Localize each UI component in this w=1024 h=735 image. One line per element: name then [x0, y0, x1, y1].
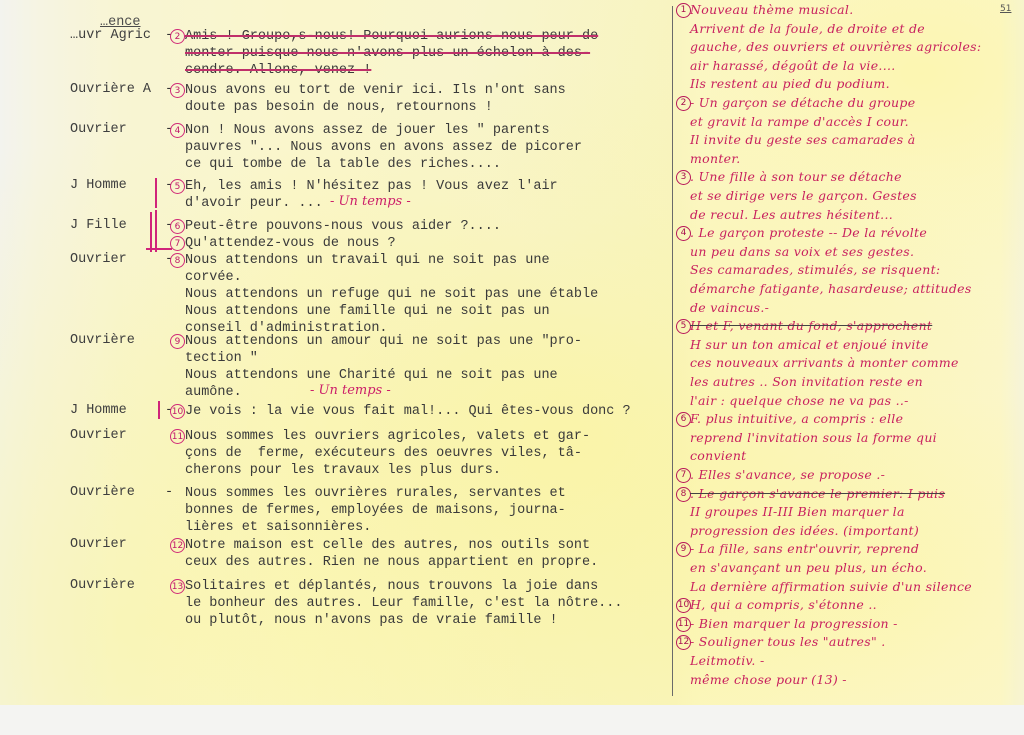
handwritten-note-line: F. plus intuitive, a compris : elle — [690, 411, 903, 426]
speaker-name: Ouvrier — [70, 428, 170, 443]
pen-margin-mark — [150, 212, 152, 252]
dialogue-line: monter puisque nous n'avons plus un éche… — [185, 45, 590, 62]
handwritten-note-line: démarche fatigante, hasardeuse; attitude… — [690, 281, 972, 296]
handwritten-note-line: Nouveau thème musical. — [690, 2, 854, 17]
handwritten-note-line: La dernière affirmation suivie d'un sile… — [690, 579, 972, 594]
pen-margin-mark — [155, 178, 157, 208]
note-number-circle: 5 — [676, 319, 691, 334]
handwritten-note-line: H sur un ton amical et enjoué invite — [690, 337, 929, 352]
speaker-name: Ouvrier — [70, 122, 170, 137]
dialogue-line: ceux des autres. Rien ne nous appartient… — [185, 554, 598, 571]
handwritten-note-line: - Souligner tous les "autres" . — [690, 634, 886, 649]
note-number-circle: 9 — [676, 542, 691, 557]
dialogue-line: ou plutôt, nous n'avons pas de vraie fam… — [185, 612, 558, 629]
dialogue-line: Solitaires et déplantés, nous trouvons l… — [185, 578, 598, 595]
dialogue-line: le bonheur des autres. Leur famille, c'e… — [185, 595, 622, 612]
speaker-name: Ouvrière — [70, 333, 170, 348]
cue-number-circle: 2 — [170, 29, 185, 44]
cue-number-circle: 7 — [170, 236, 185, 251]
note-number-circle: 10 — [676, 598, 691, 613]
dialogue-line: Nous attendons une famille qui ne soit p… — [185, 303, 550, 320]
cue-number-circle: 5 — [170, 179, 185, 194]
cue-number-circle: 6 — [170, 219, 185, 234]
pen-margin-mark — [146, 248, 172, 250]
scan-border — [0, 705, 1024, 735]
note-number-circle: 4 — [676, 226, 691, 241]
dialogue-line: Non ! Nous avons assez de jouer les " pa… — [185, 122, 550, 139]
column-divider — [672, 6, 673, 696]
handwritten-note-line: - Un garçon se détache du groupe — [690, 95, 915, 110]
dialogue-line: cendre. Allons, venez ! — [185, 62, 371, 79]
dialogue-line: lières et saisonnières. — [185, 519, 371, 536]
speaker-name: Ouvrier — [70, 252, 170, 267]
handwritten-note-line: . Une fille à son tour se détache — [690, 169, 902, 184]
note-number-circle: 6 — [676, 412, 691, 427]
dialogue-line: Notre maison est celle des autres, nos o… — [185, 537, 590, 554]
handwritten-notes: 1Nouveau thème musical.Arrivent de la fo… — [676, 0, 1020, 700]
handwritten-note-line: Il invite du geste ses camarades à — [690, 132, 915, 147]
cue-number-circle: 11 — [170, 429, 185, 444]
dialogue-line: Amis ! Groupo,s-nous! Pourquoi aurions-n… — [185, 28, 598, 45]
note-number-circle: 2 — [676, 96, 691, 111]
speaker-name: …uvr Agric — [70, 28, 170, 43]
handwritten-note-line: - La fille, sans entr'ouvrir, reprend — [690, 541, 919, 556]
handwritten-note-line: air harassé, dégoût de la vie.... — [690, 58, 896, 73]
note-number-circle: 7 — [676, 468, 691, 483]
dialogue-line: ce qui tombe de la table des riches.... — [185, 156, 501, 173]
handwritten-note-line: ces nouveaux arrivants à monter comme — [690, 355, 959, 370]
note-number-circle: 12 — [676, 635, 691, 650]
handwritten-note-line: un peu dans sa voix et ses gestes. — [690, 244, 914, 259]
handwritten-stage-direction: - Un temps - — [310, 383, 391, 398]
handwritten-note-line: de recul. Les autres hésitent... — [690, 207, 893, 222]
cue-number-circle: 13 — [170, 579, 185, 594]
dialogue-line: tection " — [185, 350, 258, 367]
handwritten-note-line: Ses camarades, stimulés, se risquent: — [690, 262, 940, 277]
handwritten-note-line: même chose pour (13) - — [690, 672, 847, 687]
handwritten-stage-direction: - Un temps - — [330, 194, 411, 209]
cue-number-circle: 9 — [170, 334, 185, 349]
dialogue-line: Nous attendons une Charité qui ne soit p… — [185, 367, 558, 384]
handwritten-note-line: - Bien marquer la progression - — [690, 616, 898, 631]
dialogue-line: Nous sommes les ouvriers agricoles, vale… — [185, 428, 590, 445]
handwritten-note-line: de vaincus.- — [690, 300, 769, 315]
handwritten-note-line: reprend l'invitation sous la forme qui — [690, 430, 937, 445]
dialogue-line: doute pas besoin de nous, retournons ! — [185, 99, 493, 116]
cue-number-circle: 3 — [170, 83, 185, 98]
cue-number-circle: 12 — [170, 538, 185, 553]
handwritten-note-line: et gravit la rampe d'accès I cour. — [690, 114, 909, 129]
pen-margin-mark — [155, 210, 157, 252]
note-number-circle: 3 — [676, 170, 691, 185]
handwritten-note-line: H, qui a compris, s'étonne .. — [690, 597, 877, 612]
cue-number-circle: 8 — [170, 253, 185, 268]
dialogue-line: Nous avons eu tort de venir ici. Ils n'o… — [185, 82, 566, 99]
speaker-name: Ouvrière — [70, 485, 170, 500]
typed-script: …ence …uvr Agric-2Amis ! Groupo,s-nous! … — [0, 0, 672, 700]
dialogue-dash: - — [165, 485, 173, 500]
speaker-name: J Homme — [70, 403, 170, 418]
dialogue-line: Eh, les amis ! N'hésitez pas ! Vous avez… — [185, 178, 558, 195]
dialogue-line: Nous sommes les ouvrières rurales, serva… — [185, 485, 566, 502]
handwritten-note-line: monter. — [690, 151, 741, 166]
handwritten-note-line: les autres .. Son invitation reste en — [690, 374, 923, 389]
speaker-name: Ouvrier — [70, 537, 170, 552]
handwritten-note-line: H et F, venant du fond, s'approchent — [690, 318, 932, 333]
cue-number-circle: 10 — [170, 404, 185, 419]
dialogue-line: d'avoir peur. ... — [185, 195, 323, 212]
handwritten-note-line: gauche, des ouvriers et ouvrières agrico… — [690, 39, 981, 54]
handwritten-note-line: Leitmotiv. - — [690, 653, 764, 668]
handwritten-note-line: en s'avançant un peu plus, un écho. — [690, 560, 927, 575]
speaker-name: Ouvrière — [70, 578, 170, 593]
dialogue-line: Nous attendons un travail qui ne soit pa… — [185, 252, 550, 269]
handwritten-note-line: et se dirige vers le garçon. Gestes — [690, 188, 917, 203]
pen-margin-mark — [158, 401, 160, 419]
dialogue-line: bonnes de fermes, employées de maisons, … — [185, 502, 566, 519]
dialogue-line: cherons pour les travaux les plus durs. — [185, 462, 501, 479]
dialogue-line: pauvres "... Nous avons en avons assez d… — [185, 139, 582, 156]
note-number-circle: 8 — [676, 487, 691, 502]
dialogue-line: Qu'attendez-vous de nous ? — [185, 235, 396, 252]
handwritten-note-line: Ils restent au pied du podium. — [690, 76, 890, 91]
dialogue-line: aumône. — [185, 384, 242, 401]
dialogue-line: Nous attendons un amour qui ne soit pas … — [185, 333, 582, 350]
dialogue-line: Peut-être pouvons-nous vous aider ?.... — [185, 218, 501, 235]
handwritten-note-line: II groupes II-III Bien marquer la — [690, 504, 905, 519]
speaker-name: Ouvrière A — [70, 82, 170, 97]
dialogue-line: çons de ferme, exécuteurs des oeuvres vi… — [185, 445, 582, 462]
note-number-circle: 1 — [676, 3, 691, 18]
handwritten-note-line: . Elles s'avance, se propose .- — [690, 467, 885, 482]
cue-number-circle: 4 — [170, 123, 185, 138]
handwritten-note-line: . Le garçon proteste -- De la révolte — [690, 225, 927, 240]
handwritten-note-line: convient — [690, 448, 747, 463]
dialogue-line: Nous attendons un refuge qui ne soit pas… — [185, 286, 598, 303]
handwritten-note-line: l'air : quelque chose ne va pas ..- — [690, 393, 909, 408]
handwritten-note-line: progression des idées. (important) — [690, 523, 919, 538]
handwritten-note-line: . Le garçon s'avance le premier: I puis — [690, 486, 945, 501]
dialogue-line: Je vois : la vie vous fait mal!... Qui ê… — [185, 403, 631, 420]
handwritten-note-line: Arrivent de la foule, de droite et de — [690, 21, 925, 36]
note-number-circle: 11 — [676, 617, 691, 632]
dialogue-line: corvée. — [185, 269, 242, 286]
